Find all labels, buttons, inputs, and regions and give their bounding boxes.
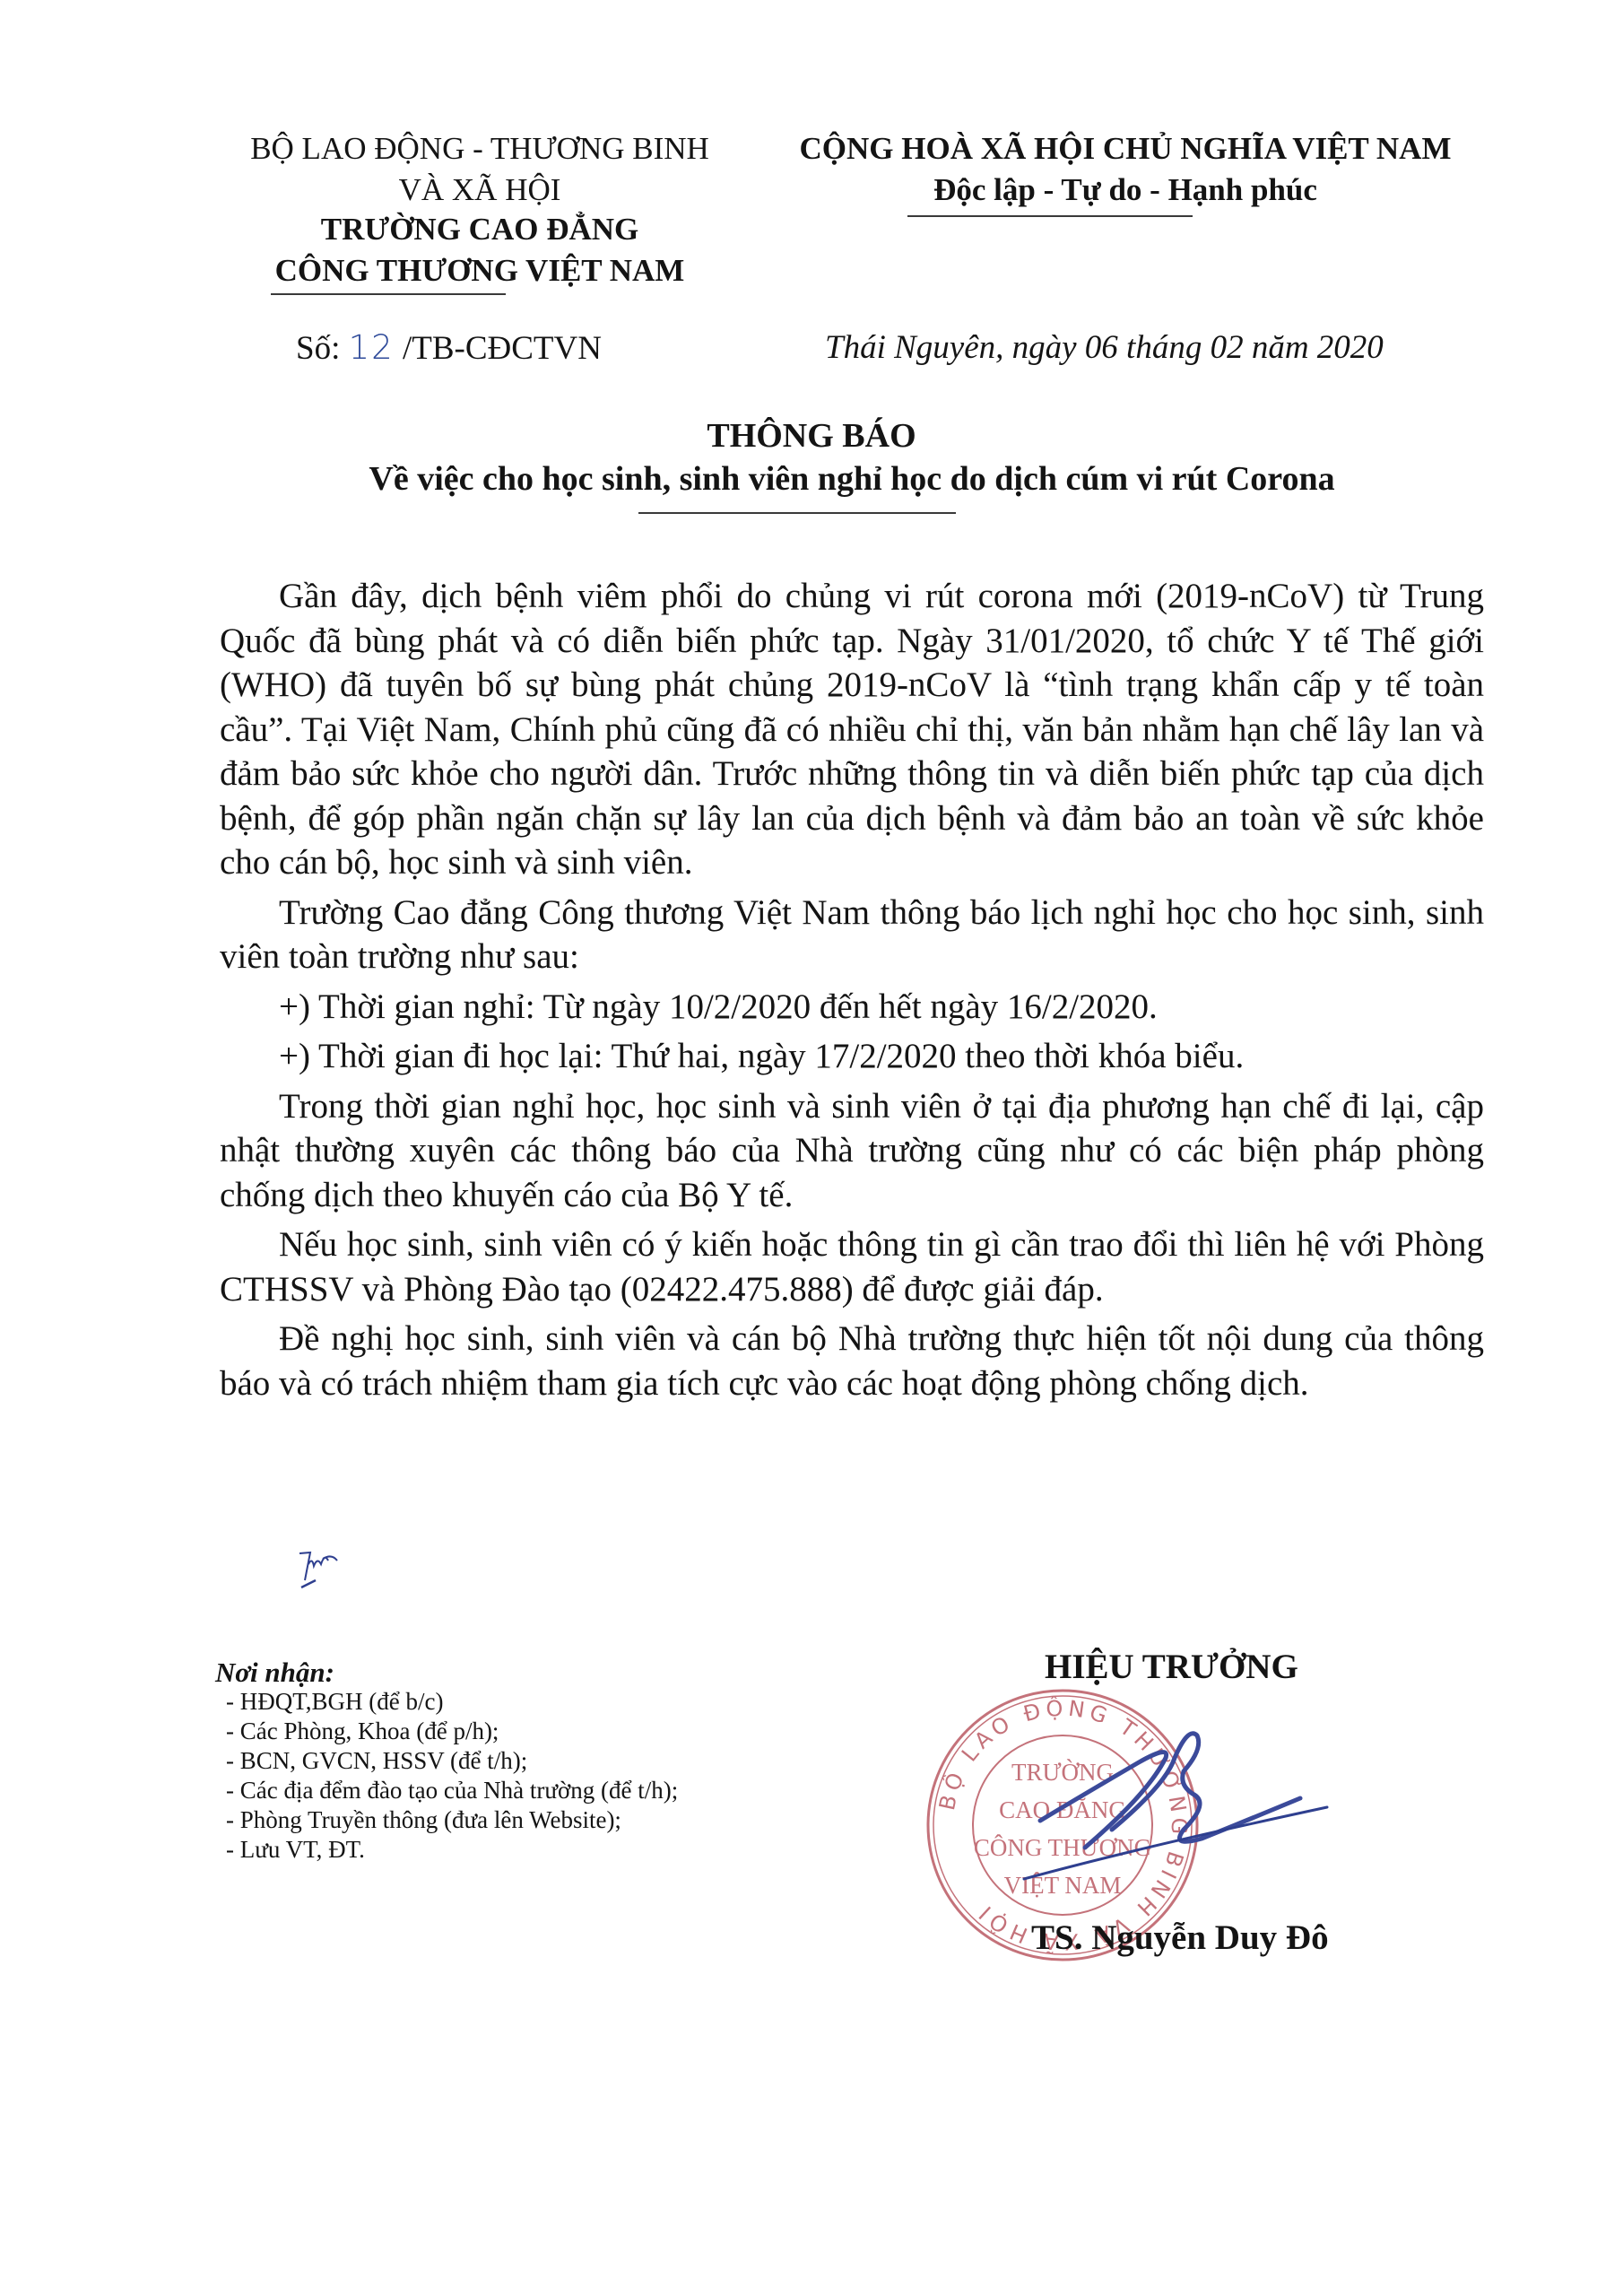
recipient-item: - Các địa đểm đào tạo của Nhà trường (để… — [215, 1776, 678, 1805]
doc-number-suffix: /TB-CĐCTVN — [403, 330, 602, 367]
recipient-item: - Phòng Truyền thông (đưa lên Website); — [215, 1805, 678, 1835]
doc-number-handwritten: 12 — [349, 328, 395, 367]
body-item-leave-period: +) Thời gian nghỉ: Từ ngày 10/2/2020 đến… — [220, 985, 1484, 1030]
document-subject: Về việc cho học sinh, sinh viên nghỉ học… — [220, 459, 1484, 499]
ministry-name: BỘ LAO ĐỘNG - THƯƠNG BINH VÀ XÃ HỘI — [193, 128, 767, 211]
recipient-item: - BCN, GVCN, HSSV (để t/h); — [215, 1746, 678, 1776]
ministry-line-2: VÀ XÃ HỘI — [193, 170, 767, 211]
doc-number-prefix: Số: — [296, 330, 340, 367]
document-body: Gần đây, dịch bệnh viêm phổi do chủng vi… — [220, 574, 1484, 1411]
handwritten-initials-icon — [296, 1544, 350, 1589]
national-title: CỘNG HOÀ XÃ HỘI CHỦ NGHĨA VIỆT NAM — [771, 128, 1480, 170]
body-paragraph-5: Đề nghị học sinh, sinh viên và cán bộ Nh… — [220, 1317, 1484, 1405]
school-line-1: TRƯỜNG CAO ĐẲNG — [193, 209, 767, 250]
body-paragraph-4: Nếu học sinh, sinh viên có ý kiến hoặc t… — [220, 1222, 1484, 1311]
school-line-2: CÔNG THƯƠNG VIỆT NAM — [193, 250, 767, 291]
signatory-position: HIỆU TRƯỞNG — [1045, 1647, 1298, 1687]
body-item-return-date: +) Thời gian đi học lại: Thứ hai, ngày 1… — [220, 1034, 1484, 1079]
school-name: TRƯỜNG CAO ĐẲNG CÔNG THƯƠNG VIỆT NAM — [193, 209, 767, 291]
recipients-block: Nơi nhận: - HĐQT,BGH (để b/c) - Các Phòn… — [215, 1657, 678, 1865]
left-header-rule — [271, 293, 506, 295]
national-motto: Độc lập - Tự do - Hạnh phúc — [771, 170, 1480, 211]
document-heading: THÔNG BÁO — [0, 416, 1623, 456]
body-paragraph-1: Gần đây, dịch bệnh viêm phổi do chủng vi… — [220, 574, 1484, 885]
right-header-rule — [907, 215, 1193, 217]
recipient-item: - Các Phòng, Khoa (để p/h); — [215, 1717, 678, 1746]
subject-rule — [638, 512, 956, 514]
handwritten-signature-icon — [1004, 1722, 1345, 1901]
signatory-name: TS. Nguyễn Duy Đô — [1031, 1918, 1329, 1958]
place-date: Thái Nguyên, ngày 06 tháng 02 năm 2020 — [825, 328, 1384, 367]
ministry-line-1: BỘ LAO ĐỘNG - THƯƠNG BINH — [193, 128, 767, 170]
recipient-item: - Lưu VT, ĐT. — [215, 1835, 678, 1865]
recipients-title: Nơi nhận: — [215, 1657, 678, 1687]
body-paragraph-2: Trường Cao đẳng Công thương Việt Nam thô… — [220, 891, 1484, 979]
document-number: Số: 12 /TB-CĐCTVN — [296, 328, 602, 368]
recipient-item: - HĐQT,BGH (để b/c) — [215, 1687, 678, 1717]
body-paragraph-3: Trong thời gian nghỉ học, học sinh và si… — [220, 1084, 1484, 1218]
